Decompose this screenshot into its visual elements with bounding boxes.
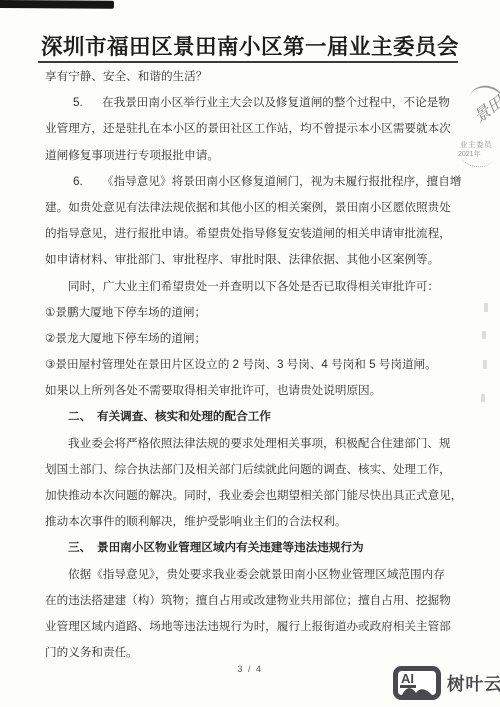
text-line-content: ③景田屋村管理处在景田片区设立的 2 号岗、3 号岗、4 号岗和 5 号岗道闸。 xyxy=(45,358,437,371)
text-line: 加快推动本次问题的解决。同时，我业委会也期望相关部门能尽快出具正式意见， xyxy=(45,483,469,509)
text-line-content: 划国土部门、综合执法部门及相关部门后续就此问题的调查、核实、处理工作， xyxy=(45,463,451,476)
text-line-content: 业管理区域内道路、场地等违法违规行为时，履行上报街道办或政府相关主管部 xyxy=(45,620,451,633)
text-line: 6.《指导意见》将景田南小区修复道闸门，视为未履行报批程序，擅自增 xyxy=(45,169,469,195)
text-line-content: 推动本次事件的顺利解决，维护受影响业主们的合法权利。 xyxy=(45,515,346,528)
text-line: 门的义务和责任。 xyxy=(45,640,469,666)
text-line-content: ①景鹏大厦地下停车场的道闸； xyxy=(45,306,206,319)
text-line: 如申请材料、审批部门、审批程序、审批时限、法律依据、其他小区案例等。 xyxy=(45,247,469,273)
text-line-content: 在的违法搭建建（构）筑物；擅自占用或改建物业共用部位；擅自占用、挖掘物 xyxy=(45,594,451,607)
text-line: 划国土部门、综合执法部门及相关部门后续就此问题的调查、核实、处理工作， xyxy=(45,457,469,483)
text-line-content: 享有宁静、安全、和谐的生活？ xyxy=(45,70,207,83)
text-line: 同时，广大业主们希望贵处一并查明以下各处是否已取得相关审批许可： xyxy=(45,274,469,300)
text-line-content: 同时，广大业主们希望贵处一并查明以下各处是否已取得相关审批许可： xyxy=(68,280,439,293)
text-line: 推动本次事件的顺利解决，维护受影响业主们的合法权利。 xyxy=(45,509,469,535)
text-line-content: 我业委会将严格依照法律法规的要求处理相关事项，积极配合住建部门、规 xyxy=(68,437,451,450)
watermark-brand-text: 树叶云 xyxy=(447,671,500,696)
edge-smudge xyxy=(483,360,487,369)
text-line: ①景鹏大厦地下停车场的道闸； xyxy=(45,300,469,326)
ai-photo-icon: AI xyxy=(393,666,441,700)
text-line: 享有宁静、安全、和谐的生活？ xyxy=(45,64,469,90)
list-number: 6. xyxy=(73,169,83,195)
text-line-content: 加快推动本次问题的解决。同时，我业委会也期望相关部门能尽快出具正式意见， xyxy=(45,489,462,502)
text-line-content: 建。如贵处意见有法律法规依据和其他小区的相关案例，景田南小区愿依照贵处 xyxy=(45,201,451,214)
text-line: 依据《指导意见》，贵处要求我业委会就景田南小区物业管理区域范围内存 xyxy=(45,562,469,588)
text-line-content: 依据《指导意见》，贵处要求我业委会就景田南小区物业管理区域范围内存 xyxy=(68,568,445,581)
text-line-content: 《指导意见》将景田南小区修复道闸门，视为未履行报批程序，擅自增 xyxy=(102,175,461,188)
text-line: 业管理方，还是驻扎在本小区的景田社区工作站，均不曾提示本小区需要就本次 xyxy=(45,116,469,142)
text-line: 道闸修复事项进行专项报批申请。 xyxy=(45,143,469,169)
text-line: 建。如贵处意见有法律法规依据和其他小区的相关案例，景田南小区愿依照贵处 xyxy=(45,195,469,221)
text-line: 的指导意见，进行报批申请。希望贵处指导修复安装道闸的相关申请审批流程， xyxy=(45,221,469,247)
ai-label: AI xyxy=(401,671,414,686)
text-line: 5.在我景田南小区举行业主大会以及修复道闸的整个过程中，不论是物 xyxy=(45,90,469,116)
text-line-content: 在我景田南小区举行业主大会以及修复道闸的整个过程中，不论是物 xyxy=(102,96,450,109)
text-line-content: 道闸修复事项进行专项报批申请。 xyxy=(45,149,219,162)
text-line-content: 如果以上所列各处不需要取得相关审批许可，也请贵处说明原因。 xyxy=(45,384,381,397)
text-line: 在的违法搭建建（构）筑物；擅自占用或改建物业共用部位；擅自占用、挖掘物 xyxy=(45,588,469,614)
text-line: 如果以上所列各处不需要取得相关审批许可，也请贵处说明原因。 xyxy=(45,378,469,404)
watermark: AI 树叶云 xyxy=(393,666,500,700)
text-line-content: 三、 景田南小区物业管理区域内有关违建等违法违规行为 xyxy=(68,541,364,554)
title-underline xyxy=(38,61,458,63)
edge-smudge xyxy=(484,303,488,312)
text-line-content: 的指导意见，进行报批申请。希望贵处指导修复安装道闸的相关申请审批流程， xyxy=(45,227,451,240)
text-line-content: 二、 有关调查、核实和处理的配合工作 xyxy=(68,410,271,423)
list-number: 5. xyxy=(73,90,83,116)
edge-smudge xyxy=(481,394,485,402)
text-line: ③景田屋村管理处在景田片区设立的 2 号岗、3 号岗、4 号岗和 5 号岗道闸。 xyxy=(45,352,469,378)
text-line-content: 如申请材料、审批部门、审批程序、审批时限、法律依据、其他小区案例等。 xyxy=(45,253,439,266)
document-body: 享有宁静、安全、和谐的生活？5.在我景田南小区举行业主大会以及修复道闸的整个过程… xyxy=(45,64,469,666)
document-title: 深圳市福田区景田南小区第一届业主委员会 xyxy=(0,30,500,61)
scanned-document-page: 深圳市福田区景田南小区第一届业主委员会 享有宁静、安全、和谐的生活？5.在我景田… xyxy=(0,0,500,707)
text-line-content: 业管理方，还是驻扎在本小区的景田社区工作站，均不曾提示本小区需要就本次 xyxy=(45,122,451,135)
edge-smudge xyxy=(482,331,486,339)
text-line-content: 门的义务和责任。 xyxy=(45,646,138,659)
text-line: 三、 景田南小区物业管理区域内有关违建等违法违规行为 xyxy=(45,535,469,561)
scan-artifact-strip xyxy=(0,0,114,9)
text-line: ②景龙大厦地下停车场的道闸； xyxy=(45,326,469,352)
text-line: 业管理区域内道路、场地等违法违规行为时，履行上报街道办或政府相关主管部 xyxy=(45,614,469,640)
text-line-content: ②景龙大厦地下停车场的道闸； xyxy=(45,332,206,345)
text-line: 我业委会将严格依照法律法规的要求处理相关事项，积极配合住建部门、规 xyxy=(45,431,469,457)
text-line: 二、 有关调查、核实和处理的配合工作 xyxy=(45,404,469,430)
